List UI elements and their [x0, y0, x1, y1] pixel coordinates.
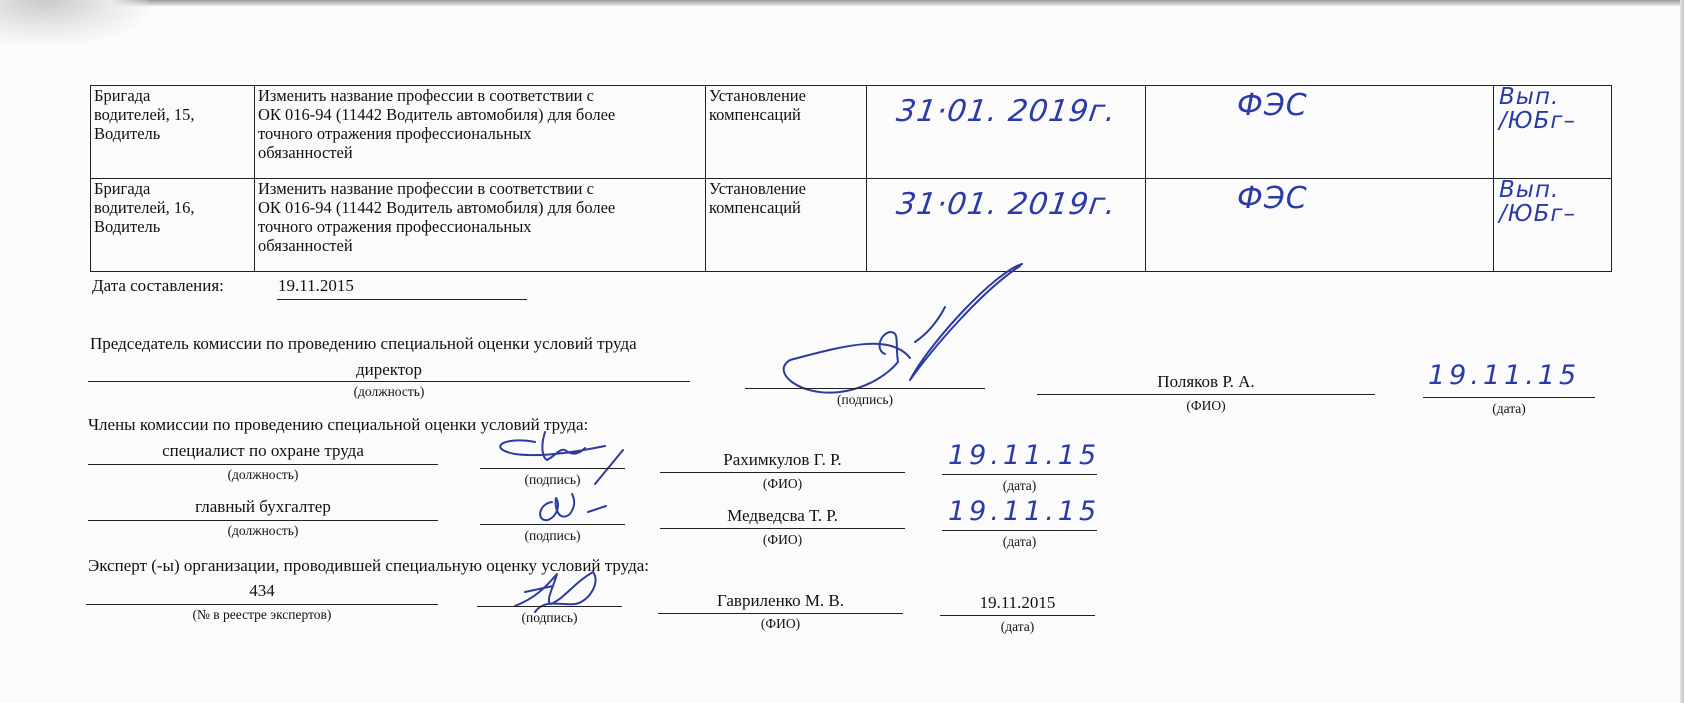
cell-goal: Установление компенсаций — [706, 179, 867, 272]
cell-text: водителей, 16, — [94, 198, 252, 217]
member-name-line — [660, 472, 905, 473]
handwritten-completion: Вып. — [1497, 177, 1609, 203]
cell-measure: Изменить название профессии в соответств… — [255, 86, 706, 179]
cell-deadline: 31·01. 2019г. — [867, 86, 1146, 179]
handwritten-deadline: 31·01. 2019г. — [869, 102, 1145, 121]
chairman-name-line — [1037, 394, 1375, 395]
chairman-date-handwritten: 19.11.15 — [1428, 360, 1580, 391]
handwritten-deadline: 31·01. 2019г. — [869, 195, 1145, 214]
member-position-caption: (должность) — [88, 467, 438, 483]
compiled-date-underline — [277, 299, 527, 300]
cell-executor: ФЭС — [1146, 179, 1494, 272]
compiled-date-value: 19.11.2015 — [278, 276, 354, 296]
cell-text: ОК 016-94 (11442 Водитель автомобиля) дл… — [258, 198, 703, 217]
expert-name: Гавриленко М. В. — [658, 591, 903, 611]
member-signature-line — [480, 468, 625, 469]
scan-top-edge — [0, 0, 1684, 6]
expert-registry-number: 434 — [86, 581, 438, 601]
expert-date: 19.11.2015 — [940, 593, 1095, 613]
handwritten-completion: Вып. — [1497, 84, 1609, 110]
chairman-signature-caption: (подпись) — [745, 392, 985, 408]
chairman-heading: Председатель комиссии по проведению спец… — [90, 334, 637, 354]
cell-completion-mark: Вып. /ЮБг– — [1494, 179, 1612, 272]
cell-text: Водитель — [94, 217, 252, 236]
chairman-position-line — [88, 381, 690, 382]
member-position-line — [88, 464, 438, 465]
cell-text: компенсаций — [709, 198, 864, 217]
member-date-line — [942, 530, 1097, 531]
cell-text: Установление — [709, 179, 864, 198]
scan-corner-shadow — [0, 0, 150, 45]
table-row: Бригада водителей, 15, Водитель Изменить… — [91, 86, 1612, 179]
chairman-signature-line — [745, 388, 985, 389]
expert-registry-caption: (№ в реестре экспертов) — [86, 607, 438, 623]
cell-text: Бригада — [94, 86, 252, 105]
member-position-caption: (должность) — [88, 523, 438, 539]
expert-name-line — [658, 613, 903, 614]
cell-text: компенсаций — [709, 105, 864, 124]
chairman-date-caption: (дата) — [1423, 401, 1595, 417]
handwritten-signature: /ЮБг– — [1497, 201, 1609, 227]
expert-registry-line — [86, 604, 438, 605]
member-name-line — [660, 528, 905, 529]
scan-right-edge — [1680, 0, 1684, 703]
chairman-position: директор — [88, 360, 690, 380]
cell-text: ОК 016-94 (11442 Водитель автомобиля) дл… — [258, 105, 703, 124]
expert-signature-caption: (подпись) — [477, 610, 622, 626]
handwritten-executor: ФЭС — [1237, 96, 1491, 115]
chairman-signature — [780, 262, 1020, 392]
member-date-caption: (дата) — [942, 534, 1097, 550]
member-name: Рахимкулов Г. Р. — [660, 450, 905, 470]
member-signature-caption: (подпись) — [480, 528, 625, 544]
cell-text: Установление — [709, 86, 864, 105]
cell-executor: ФЭС — [1146, 86, 1494, 179]
expert-signature-line — [477, 606, 622, 607]
expert-name-caption: (ФИО) — [658, 616, 903, 632]
cell-measure: Изменить название профессии в соответств… — [255, 179, 706, 272]
handwritten-signature: /ЮБг– — [1497, 108, 1609, 134]
member-date-caption: (дата) — [942, 478, 1097, 494]
handwritten-executor: ФЭС — [1237, 189, 1491, 208]
member-position: специалист по охране труда — [88, 441, 438, 461]
cell-text: точного отражения профессиональных — [258, 124, 703, 143]
member-date-handwritten: 19.11.15 — [948, 496, 1100, 527]
cell-text: Водитель — [94, 124, 252, 143]
chairman-date-line — [1423, 397, 1595, 398]
chairman-name: Поляков Р. А. — [1037, 372, 1375, 392]
measures-table: Бригада водителей, 15, Водитель Изменить… — [90, 85, 1612, 272]
member-signature-line — [480, 524, 625, 525]
cell-text: точного отражения профессиональных — [258, 217, 703, 236]
cell-goal: Установление компенсаций — [706, 86, 867, 179]
cell-text: Изменить название профессии в соответств… — [258, 179, 703, 198]
chairman-name-caption: (ФИО) — [1037, 398, 1375, 414]
member-position: главный бухгалтер — [88, 497, 438, 517]
member-name: Медведсва Т. Р. — [660, 506, 905, 526]
expert-date-line — [940, 615, 1095, 616]
chairman-position-caption: (должность) — [88, 384, 690, 400]
cell-completion-mark: Вып. /ЮБг– — [1494, 86, 1612, 179]
member-name-caption: (ФИО) — [660, 532, 905, 548]
cell-text: Изменить название профессии в соответств… — [258, 86, 703, 105]
table-row: Бригада водителей, 16, Водитель Изменить… — [91, 179, 1612, 272]
member-name-caption: (ФИО) — [660, 476, 905, 492]
cell-deadline: 31·01. 2019г. — [867, 179, 1146, 272]
expert-date-caption: (дата) — [940, 619, 1095, 635]
compiled-date-label: Дата составления: — [92, 276, 224, 296]
cell-text: обязанностей — [258, 236, 703, 255]
member-date-line — [942, 474, 1097, 475]
expert-signature — [505, 568, 605, 616]
member-date-handwritten: 19.11.15 — [948, 440, 1100, 471]
cell-unit: Бригада водителей, 16, Водитель — [91, 179, 255, 272]
cell-text: Бригада — [94, 179, 252, 198]
member-position-line — [88, 520, 438, 521]
cell-text: водителей, 15, — [94, 105, 252, 124]
member-signature-caption: (подпись) — [480, 472, 625, 488]
cell-text: обязанностей — [258, 143, 703, 162]
cell-unit: Бригада водителей, 15, Водитель — [91, 86, 255, 179]
